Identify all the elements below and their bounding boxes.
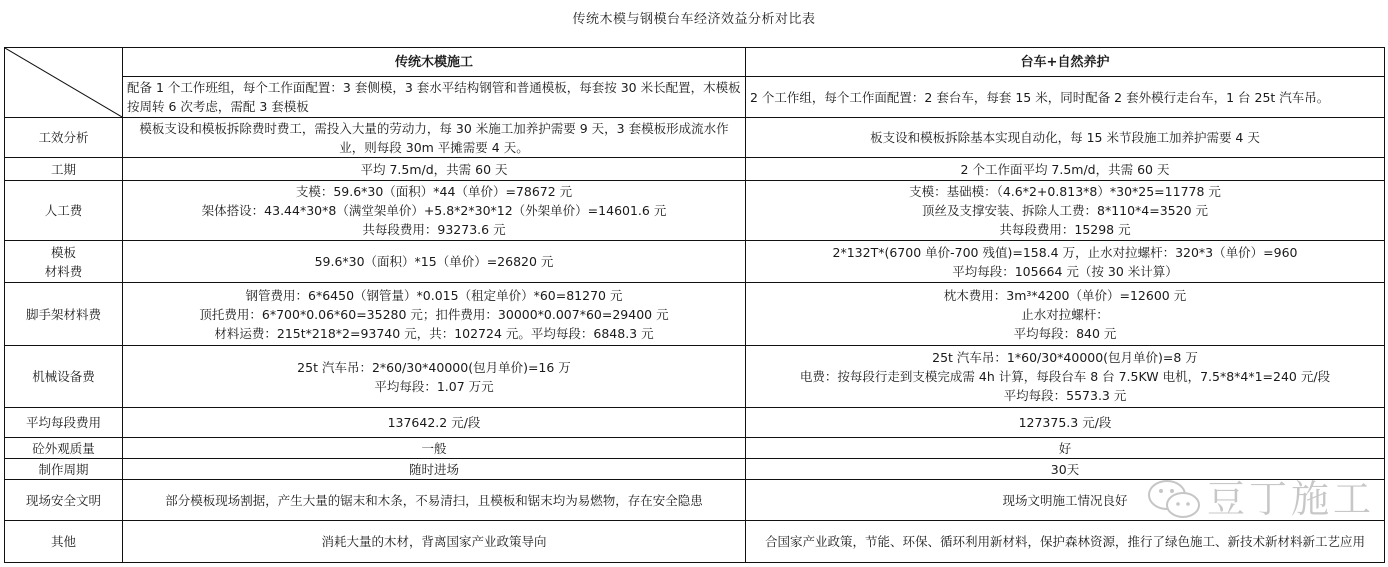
- cell-traditional: 一般: [123, 438, 746, 459]
- table-row-duration: 工期 平均 7.5m/d，共需 60 天 2 个工作面平均 7.5m/d，共需 …: [5, 158, 1385, 181]
- row-label: 人工费: [5, 181, 123, 241]
- row-label: 砼外观质量: [5, 438, 123, 459]
- cell-line: 平均每段：5573.3 元: [750, 386, 1380, 405]
- cell-trolley: 2*132T*(6700 单价-700 残值)=158.4 万，止水对拉螺杆：3…: [746, 241, 1385, 283]
- cell-trolley: 支模：基础模：（4.6*2+0.813*8）*30*25=11778 元 顶丝及…: [746, 181, 1385, 241]
- cell-traditional: 平均 7.5m/d，共需 60 天: [123, 158, 746, 181]
- header-trolley-natural-curing: 台车+自然养护: [746, 48, 1385, 77]
- cell-traditional: 25t 汽车吊：2*60/30*40000(包月单价)=16 万 平均每段：1.…: [123, 346, 746, 408]
- cell-line: 顶丝及支撑安装、拆除人工费：8*110*4=3520 元: [750, 201, 1380, 220]
- table-row-labor-cost: 人工费 支模：59.6*30（面积）*44（单价）=78672 元 架体搭设：4…: [5, 181, 1385, 241]
- cell-line: 材料运费：215t*218*2=93740 元，共：102724 元。平均每段：…: [127, 324, 741, 343]
- config-trolley: 2 个工作组，每个工作面配置：2 套台车，每套 15 米，同时配备 2 套外模行…: [746, 77, 1385, 118]
- cell-line: 止水对拉螺杆：: [750, 305, 1380, 324]
- row-label: 平均每段费用: [5, 408, 123, 438]
- table-title: 传统木模与钢模台车经济效益分析对比表: [0, 8, 1388, 27]
- cell-line: 共每段费用：93273.6 元: [127, 220, 741, 239]
- cell-line: 支模：基础模：（4.6*2+0.813*8）*30*25=11778 元: [750, 182, 1380, 201]
- row-label: 工效分析: [5, 118, 123, 158]
- row-label: 机械设备费: [5, 346, 123, 408]
- header-traditional-wood-formwork: 传统木模施工: [123, 48, 746, 77]
- cell-trolley: 25t 汽车吊：1*60/30*40000(包月单价)=8 万 电费：按每段行走…: [746, 346, 1385, 408]
- row-label: 脚手架材料费: [5, 283, 123, 346]
- config-row: 配备 1 个工作班组，每个工作面配置：3 套侧模，3 套水平结构钢管和普通模板，…: [5, 77, 1385, 118]
- cell-line: 顶托费用：6*700*0.06*60=35280 元；扣件费用：30000*0.…: [127, 305, 741, 324]
- table-row-scaffold-material: 脚手架材料费 钢管费用：6*6450（钢管量）*0.015（租定单价）*60=8…: [5, 283, 1385, 346]
- cell-line: 2*132T*(6700 单价-700 残值)=158.4 万，止水对拉螺杆：3…: [750, 243, 1380, 262]
- cell-line: 共每段费用：15298 元: [750, 220, 1380, 239]
- diagonal-corner-cell: [5, 48, 123, 118]
- table-row-production-cycle: 制作周期 随时进场 30天: [5, 459, 1385, 480]
- table-row-concrete-quality: 砼外观质量 一般 好: [5, 438, 1385, 459]
- row-label: 工期: [5, 158, 123, 181]
- cell-traditional: 部分模板现场割据，产生大量的锯末和木条，不易清扫，且模板和锯末均为易燃物，存在安…: [123, 480, 746, 521]
- cell-traditional: 模板支设和模板拆除费时费工，需投入大量的劳动力，每 30 米施工加养护需要 9 …: [123, 118, 746, 158]
- cell-trolley: 现场文明施工情况良好: [746, 480, 1385, 521]
- comparison-table: 传统木模施工 台车+自然养护 配备 1 个工作班组，每个工作面配置：3 套侧模，…: [4, 47, 1385, 563]
- table-row-other: 其他 消耗大量的木材，背离国家产业政策导向 合国家产业政策，节能、环保、循环利用…: [5, 521, 1385, 563]
- cell-line: 25t 汽车吊：1*60/30*40000(包月单价)=8 万: [750, 348, 1380, 367]
- cell-traditional: 随时进场: [123, 459, 746, 480]
- cell-line: 平均每段：105664 元（按 30 米计算）: [750, 262, 1380, 281]
- row-label: 现场安全文明: [5, 480, 123, 521]
- table-row-average-cost: 平均每段费用 137642.2 元/段 127375.3 元/段: [5, 408, 1385, 438]
- cell-trolley: 合国家产业政策，节能、环保、循环利用新材料，保护森林资源，推行了绿色施工、新技术…: [746, 521, 1385, 563]
- cell-traditional: 137642.2 元/段: [123, 408, 746, 438]
- row-label: 制作周期: [5, 459, 123, 480]
- row-label-line: 材料费: [7, 262, 120, 281]
- header-row: 传统木模施工 台车+自然养护: [5, 48, 1385, 77]
- cell-line: 平均每段：1.07 万元: [127, 377, 741, 396]
- config-traditional: 配备 1 个工作班组，每个工作面配置：3 套侧模，3 套水平结构钢管和普通模板，…: [123, 77, 746, 118]
- cell-traditional: 消耗大量的木材，背离国家产业政策导向: [123, 521, 746, 563]
- cell-trolley: 30天: [746, 459, 1385, 480]
- cell-trolley: 枕木费用：3m³*4200（单价）=12600 元 止水对拉螺杆： 平均每段：8…: [746, 283, 1385, 346]
- row-label: 模板 材料费: [5, 241, 123, 283]
- cell-traditional: 59.6*30（面积）*15（单价）=26820 元: [123, 241, 746, 283]
- row-label: 其他: [5, 521, 123, 563]
- cell-line: 支模：59.6*30（面积）*44（单价）=78672 元: [127, 182, 741, 201]
- table-row-site-safety: 现场安全文明 部分模板现场割据，产生大量的锯末和木条，不易清扫，且模板和锯末均为…: [5, 480, 1385, 521]
- table-row-formwork-material: 模板 材料费 59.6*30（面积）*15（单价）=26820 元 2*132T…: [5, 241, 1385, 283]
- cell-trolley: 好: [746, 438, 1385, 459]
- cell-line: 平均每段：840 元: [750, 324, 1380, 343]
- cell-line: 枕木费用：3m³*4200（单价）=12600 元: [750, 286, 1380, 305]
- cell-traditional: 支模：59.6*30（面积）*44（单价）=78672 元 架体搭设：43.44…: [123, 181, 746, 241]
- table-row-machinery: 机械设备费 25t 汽车吊：2*60/30*40000(包月单价)=16 万 平…: [5, 346, 1385, 408]
- diagonal-line-icon: [5, 48, 122, 117]
- cell-line: 钢管费用：6*6450（钢管量）*0.015（租定单价）*60=81270 元: [127, 286, 741, 305]
- row-label-line: 模板: [7, 243, 120, 262]
- table-row-efficiency: 工效分析 模板支设和模板拆除费时费工，需投入大量的劳动力，每 30 米施工加养护…: [5, 118, 1385, 158]
- cell-trolley: 127375.3 元/段: [746, 408, 1385, 438]
- cell-line: 电费：按每段行走到支模完成需 4h 计算，每段台车 8 台 7.5KW 电机，7…: [750, 367, 1380, 386]
- cell-line: 架体搭设：43.44*30*8（满堂架单价）+5.8*2*30*12（外架单价）…: [127, 201, 741, 220]
- cell-traditional: 钢管费用：6*6450（钢管量）*0.015（租定单价）*60=81270 元 …: [123, 283, 746, 346]
- cell-trolley: 板支设和模板拆除基本实现自动化，每 15 米节段施工加养护需要 4 天: [746, 118, 1385, 158]
- cell-trolley: 2 个工作面平均 7.5m/d，共需 60 天: [746, 158, 1385, 181]
- cell-line: 25t 汽车吊：2*60/30*40000(包月单价)=16 万: [127, 358, 741, 377]
